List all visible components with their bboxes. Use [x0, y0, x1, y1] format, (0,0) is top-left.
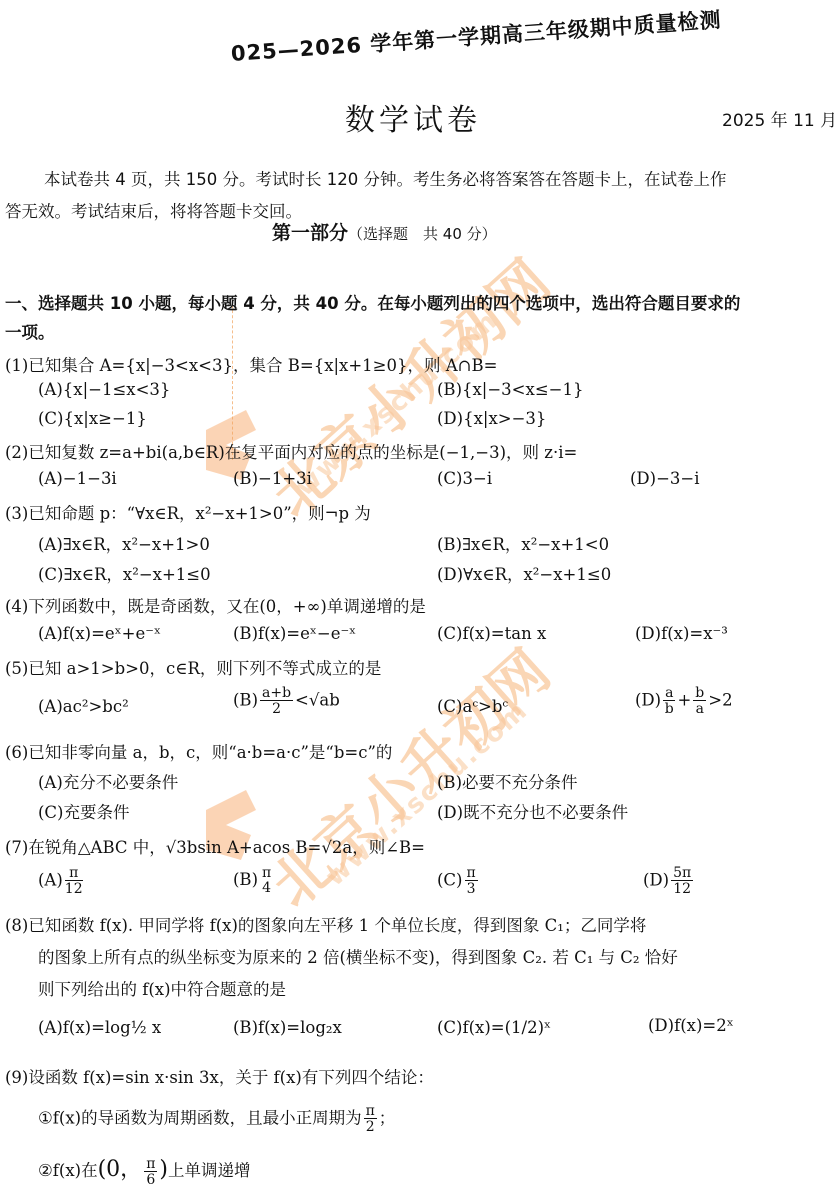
question-7-option-b: (B)π4: [233, 866, 275, 895]
question-7-option-a: (A)π12: [38, 866, 85, 896]
watermark-logo-2: [196, 780, 286, 874]
question-8-stem-line-3: 则下列给出的 f(x)中符合题意的是: [38, 976, 286, 1000]
fold-line: [232, 300, 234, 460]
fraction: π3: [465, 866, 478, 896]
question-5-option-c: (C)aᶜ>bᶜ: [437, 697, 508, 716]
question-2-option-d: (D)−3−i: [630, 469, 700, 488]
question-4-stem: (4)下列函数中，既是奇函数，又在(0，+∞)单调递增的是: [5, 593, 426, 617]
fraction: ab: [663, 686, 675, 716]
question-6-option-b: (B)必要不充分条件: [437, 769, 578, 793]
fraction: π4: [260, 866, 273, 895]
question-9-conclusion-2: ②f(x)在(0，π6)上单调递增: [38, 1152, 250, 1187]
instructions-line-1: 本试卷共 4 页，共 150 分。考试时长 120 分钟。考生务必将答案答在答题…: [44, 168, 726, 192]
question-1-option-b: (B){x|−3<x≤−1}: [437, 380, 583, 399]
section-instructions-line-2: 一项。: [5, 321, 55, 345]
question-2-option-b: (B)−1+3i: [233, 469, 312, 488]
question-3-option-c: (C)∃x∈R，x²−x+1≤0: [38, 561, 211, 585]
question-5-option-d: (D)ab+ba>2: [635, 686, 733, 716]
question-1-option-c: (C){x|x≥−1}: [38, 409, 147, 428]
page-title: 数学试卷: [345, 95, 481, 139]
question-3-option-d: (D)∀x∈R，x²−x+1≤0: [437, 561, 611, 585]
question-2-option-a: (A)−1−3i: [38, 469, 117, 488]
question-8-option-b: (B)f(x)=log₂x: [233, 1018, 342, 1037]
question-1-stem: (1)已知集合 A={x|−3<x<3}，集合 B={x|x+1≥0}，则 A∩…: [5, 352, 497, 376]
question-6-option-c: (C)充要条件: [38, 799, 130, 823]
part-title: 第一部分: [272, 222, 348, 244]
question-5-option-b: (B)a+b2<√ab: [233, 686, 340, 716]
question-3-option-a: (A)∃x∈R，x²−x+1>0: [38, 531, 210, 555]
part-subtitle: （选择题 共 40 分）: [348, 225, 497, 243]
question-5-option-a: (A)ac²>bc²: [38, 697, 129, 716]
question-6-option-a: (A)充分不必要条件: [38, 769, 178, 793]
question-4-option-c: (C)f(x)=tan x: [437, 624, 546, 643]
question-7-option-d: (D)5π12: [643, 866, 695, 896]
question-7-option-c: (C)π3: [437, 866, 480, 896]
question-2-option-c: (C)3−i: [437, 469, 492, 488]
question-1-option-a: (A){x|−1≤x<3}: [38, 380, 170, 399]
exam-date: 2025 年 11 月: [722, 106, 836, 131]
question-1-option-d: (D){x|x>−3}: [437, 409, 546, 428]
instructions-line-2: 答无效。考试结束后，将将答题卡交回。: [5, 200, 302, 224]
question-9-stem: (9)设函数 f(x)=sin x·sin 3x，关于 f(x)有下列四个结论：: [5, 1064, 434, 1088]
question-7-stem: (7)在锐角△ABC 中，√3bsin A+acos B=√2a，则∠B=: [5, 834, 425, 858]
fraction: 5π12: [671, 866, 693, 896]
question-6-option-d: (D)既不充分也不必要条件: [437, 799, 628, 823]
option-label: (B): [233, 691, 258, 710]
fraction: π12: [65, 866, 83, 896]
question-5-stem: (5)已知 a>1>b>0，c∈R，则下列不等式成立的是: [5, 655, 381, 679]
section-instructions-line-1: 一、选择题共 10 小题，每小题 4 分，共 40 分。在每小题列出的四个选项中…: [5, 292, 740, 316]
option-label: (D): [635, 691, 661, 710]
question-3-stem: (3)已知命题 p：“∀x∈R，x²−x+1>0”，则¬p 为: [5, 500, 371, 524]
question-8-option-d: (D)f(x)=2ˣ: [648, 1016, 734, 1035]
watermark-url-2: www.xschu.com: [320, 695, 534, 892]
fraction: a+b2: [260, 686, 293, 716]
question-4-option-a: (A)f(x)=eˣ+e⁻ˣ: [38, 624, 161, 643]
question-9-conclusion-1: ①f(x)的导函数为周期函数，且最小正周期为π2；: [38, 1104, 395, 1134]
question-2-stem: (2)已知复数 z=a+bi(a,b∈R)在复平面内对应的点的坐标是(−1,−3…: [5, 439, 577, 463]
fraction: π6: [144, 1157, 157, 1187]
question-8-stem-line-2: 的图象上所有点的纵坐标变为原来的 2 倍(横坐标不变)，得到图象 C₂. 若 C…: [38, 944, 678, 968]
question-4-option-d: (D)f(x)=x⁻³: [635, 624, 728, 643]
fraction: ba: [693, 686, 706, 716]
exam-header: 025—2026 学年第一学期高三年级期中质量检测: [230, 4, 722, 68]
question-4-option-b: (B)f(x)=eˣ−e⁻ˣ: [233, 624, 356, 643]
question-3-option-b: (B)∃x∈R，x²−x+1<0: [437, 531, 609, 555]
question-8-stem-line-1: (8)已知函数 f(x). 甲同学将 f(x)的图象向左平移 1 个单位长度，得…: [5, 912, 646, 936]
question-8-option-c: (C)f(x)=(1/2)ˣ: [437, 1018, 551, 1037]
question-6-stem: (6)已知非零向量 a，b，c，则“a·b=a·c”是“b=c”的: [5, 739, 392, 763]
fraction: π2: [364, 1104, 377, 1134]
part-heading: 第一部分（选择题 共 40 分）: [272, 218, 497, 245]
question-8-option-a: (A)f(x)=log½ x: [38, 1018, 161, 1037]
